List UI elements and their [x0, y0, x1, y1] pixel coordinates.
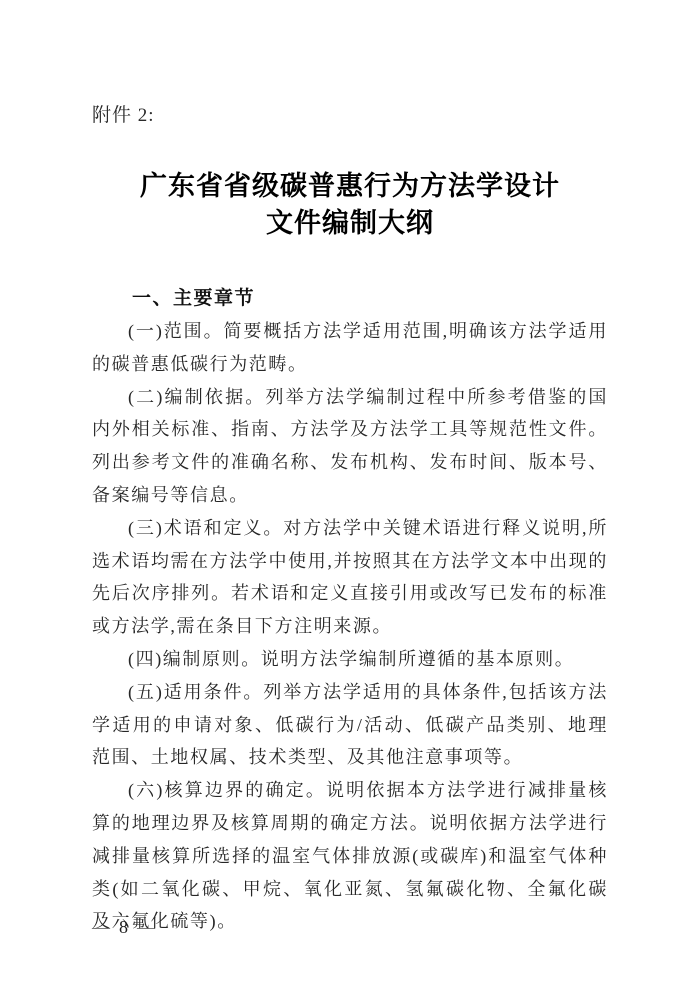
section-heading-main-chapters: 一、主要章节 — [92, 282, 608, 315]
paragraph-1-scope: (一)范围。简要概括方法学适用范围,明确该方法学适用的碳普惠低碳行为范畴。 — [92, 315, 608, 381]
paragraph-3-terms-definitions: (三)术语和定义。对方法学中关键术语进行释义说明,所选术语均需在方法学中使用,并… — [92, 512, 608, 643]
paragraph-5-applicable-conditions: (五)适用条件。列举方法学适用的具体条件,包括该方法学适用的申请对象、低碳行为/… — [92, 676, 608, 774]
footer-dash-right: — — [137, 916, 155, 938]
document-page: 附件 2: 广东省省级碳普惠行为方法学设计 文件编制大纲 一、主要章节 (一)范… — [0, 0, 700, 990]
footer-dash-left: — — [92, 916, 110, 938]
document-body: (一)范围。简要概括方法学适用范围,明确该方法学适用的碳普惠低碳行为范畴。 (二… — [92, 315, 608, 938]
page-footer: — 8 — — [92, 916, 155, 938]
paragraph-6-accounting-boundary: (六)核算边界的确定。说明依据本方法学进行减排量核算的地理边界及核算周期的确定方… — [92, 774, 608, 938]
paragraph-4-compilation-principles: (四)编制原则。说明方法学编制所遵循的基本原则。 — [92, 643, 608, 676]
paragraph-2-compilation-basis: (二)编制依据。列举方法学编制过程中所参考借鉴的国内外相关标准、指南、方法学及方… — [92, 381, 608, 512]
document-title-line-1: 广东省省级碳普惠行为方法学设计 — [92, 168, 608, 205]
document-title-line-2: 文件编制大纲 — [92, 205, 608, 242]
page-number: 8 — [119, 916, 128, 938]
attachment-label: 附件 2: — [92, 104, 608, 128]
document-title: 广东省省级碳普惠行为方法学设计 文件编制大纲 — [92, 168, 608, 242]
